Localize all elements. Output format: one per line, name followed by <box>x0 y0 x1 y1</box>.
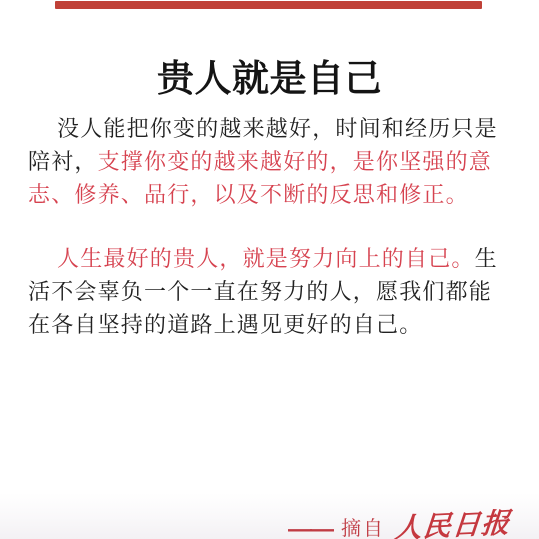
quote-card: 贵人就是自己 没人能把你变的越来越好，时间和经历只是陪衬，支撑你变的越来越好的，… <box>0 0 539 539</box>
attribution-dash: —— <box>288 518 332 539</box>
peoples-daily-logo: 人民日报 <box>392 509 511 539</box>
quote-body: 没人能把你变的越来越好，时间和经历只是陪衬，支撑你变的越来越好的，是你坚强的意志… <box>28 112 511 341</box>
paragraph-2: 人生最好的贵人，就是努力向上的自己。生活不会辜负一个一直在努力的人，愿我们都能在… <box>28 242 511 341</box>
paragraph-2-red-segment: 人生最好的贵人，就是努力向上的自己。 <box>57 246 475 271</box>
paragraph-1-red-segment: 支撑你变的越来越好的，是你坚强的意志、修养、品行，以及不断的反思和修正。 <box>28 149 492 207</box>
attribution-footer: —— 摘自 人民日报 <box>288 512 510 539</box>
page-title: 贵人就是自己 <box>0 56 539 102</box>
paragraph-1: 没人能把你变的越来越好，时间和经历只是陪衬，支撑你变的越来越好的，是你坚强的意志… <box>28 112 511 211</box>
top-accent-bar <box>55 1 482 9</box>
attribution-label: 摘自 <box>341 518 385 539</box>
